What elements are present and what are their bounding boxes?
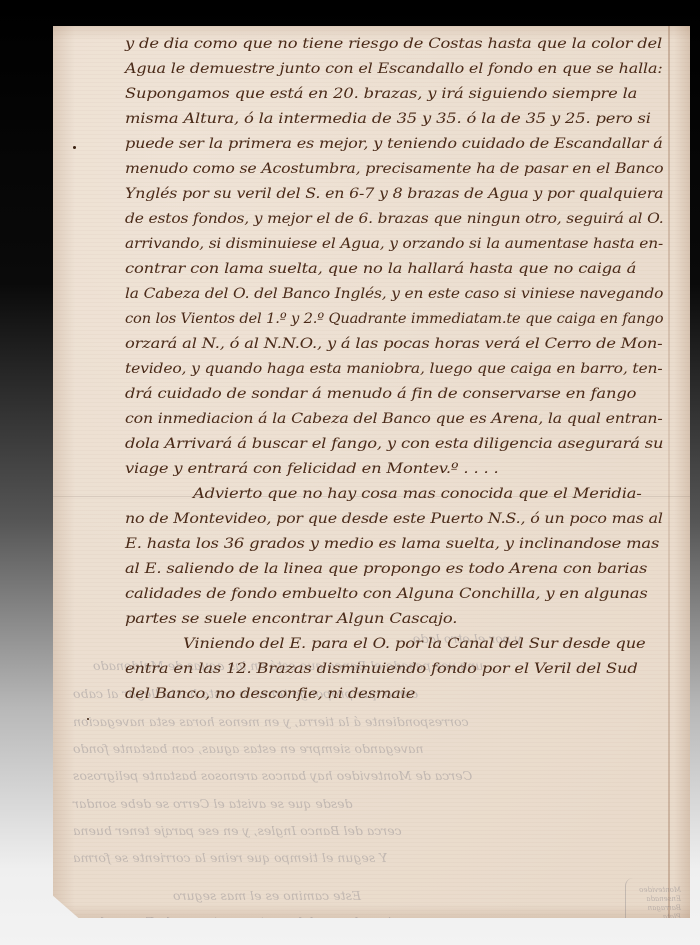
text-line: Viniendo del E. para el O. por la Canal … bbox=[183, 636, 646, 652]
text-line: no de Montevideo, por que desde este Pue… bbox=[125, 511, 663, 527]
text-line: partes se suele encontrar Algun Cascajo. bbox=[125, 611, 457, 627]
text-line: orzará al N., ó al N.N.O., y á las pocas… bbox=[125, 336, 662, 352]
text-line: de estos fondos, y mejor el de 6. brazas… bbox=[125, 211, 663, 227]
text-line: E. hasta los 36 grados y medio es lama s… bbox=[125, 536, 659, 552]
text-line: entra en las 12. Brazas disminuiendo fon… bbox=[125, 661, 638, 677]
text-line: del Banco, no desconfie, ni desmaie bbox=[125, 686, 415, 702]
text-line: misma Altura, ó la intermedia de 35 y 35… bbox=[125, 111, 651, 127]
text-line: arrivando, si disminuiese el Agua, y orz… bbox=[125, 236, 663, 252]
handwritten-text: y de dia como que no tiene riesgo de Cos… bbox=[53, 26, 690, 918]
text-line: calidades de fondo embuelto con Alguna C… bbox=[125, 586, 648, 602]
text-line: menudo como se Acostumbra, precisamente … bbox=[125, 161, 663, 177]
manuscript-page: y por el otro lado una vez pasado el Ban… bbox=[53, 26, 690, 918]
text-line: con los Vientos del 1.º y 2.º Quadrante … bbox=[125, 311, 663, 327]
text-line: Supongamos que está en 20. brazas, y irá… bbox=[125, 86, 637, 102]
text-line: Ynglés por su veril del S. en 6-7 y 8 br… bbox=[125, 186, 663, 202]
text-line: puede ser la primera es mejor, y teniend… bbox=[125, 136, 663, 152]
text-line: drá cuidado de sondar á menudo á fin de … bbox=[125, 386, 636, 402]
text-line: al E. saliendo de la linea que propongo … bbox=[125, 561, 647, 577]
text-line: tevideo, y quando haga esta maniobra, lu… bbox=[125, 361, 662, 377]
text-line: Advierto que no hay cosa mas conocida qu… bbox=[193, 486, 642, 502]
text-line: contrar con lama suelta, que no la halla… bbox=[125, 261, 636, 277]
text-line: Agua le demuestre junto con el Escandall… bbox=[125, 61, 663, 77]
text-line: y de dia como que no tiene riesgo de Cos… bbox=[125, 36, 662, 52]
text-line: dola Arrivará á buscar el fango, y con e… bbox=[125, 436, 663, 452]
text-line: con inmediacion á la Cabeza del Banco qu… bbox=[125, 411, 663, 427]
text-line: la Cabeza del O. del Banco Inglés, y en … bbox=[125, 286, 663, 302]
text-line: viage y entrará con felicidad en Montev.… bbox=[125, 461, 499, 477]
